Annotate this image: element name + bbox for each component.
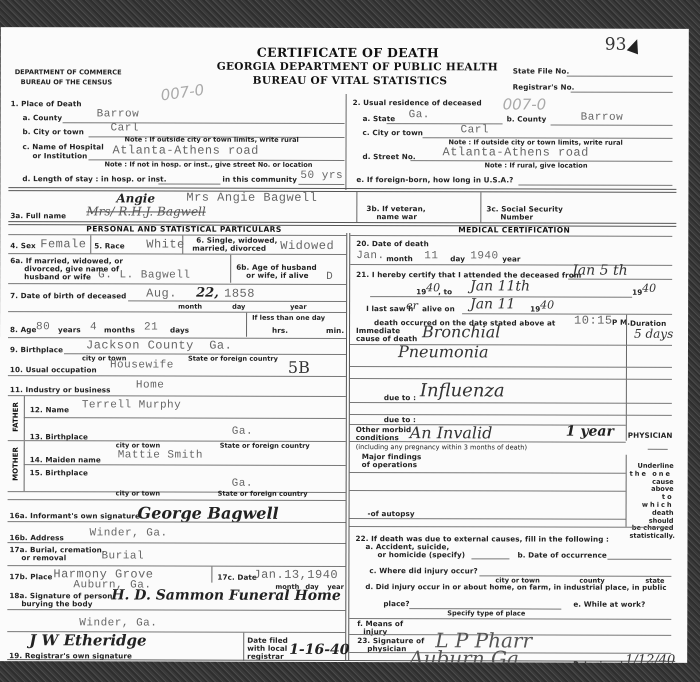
dob-month: Aug.	[146, 286, 177, 300]
physician-address-label: Address	[353, 662, 387, 663]
father-name-label: 12. Name	[30, 405, 69, 414]
cause-2: Pneumonia	[398, 342, 489, 361]
age-days: 21	[144, 321, 158, 333]
dob-year: 1858	[224, 287, 255, 301]
dod-month: Jan.	[356, 250, 384, 262]
county-label: a. County	[23, 113, 63, 122]
cause-1: Bronchial	[422, 322, 500, 341]
age-years: 80	[36, 321, 50, 333]
dod-day-caption: day	[450, 254, 465, 263]
age-months: 4	[90, 321, 97, 333]
res-state-label: a. State	[363, 114, 396, 123]
undertaker-label-2: burying the body	[21, 599, 92, 608]
age-label: 8. Age	[10, 325, 36, 334]
sex-label: 4. Sex	[10, 241, 36, 250]
dod-label: 20. Date of death	[356, 239, 429, 248]
race-label: 5. Race	[94, 241, 124, 250]
name-hand-above: Angie	[116, 191, 155, 205]
dob-year-caption: year	[290, 303, 307, 311]
dod-year: 1940	[470, 250, 498, 262]
min-label: min.	[326, 326, 344, 335]
birthplace-label: 9. Birthplace	[10, 345, 63, 354]
death-pm: P M.	[612, 318, 630, 327]
burial-value: Burial	[101, 550, 144, 562]
mother-maiden-label: 14. Maiden name	[30, 455, 101, 464]
ssn-label-2: Number	[500, 212, 533, 221]
morbid-value: An Invalid	[410, 423, 493, 442]
registrar-signature: J W Etheridge	[29, 631, 146, 649]
external-a-label-2: or homicide (specify)	[377, 550, 465, 559]
external-specify-caption: Specify type of place	[447, 609, 525, 617]
autopsy-label: -of autopsy	[368, 509, 415, 518]
operations-label-2: of operations	[362, 460, 417, 469]
res-state-value: Ga.	[409, 109, 430, 121]
undertaker-address: Winder, Ga.	[79, 617, 157, 629]
dob-day: 22,	[196, 286, 219, 301]
mother-birthplace-value: Ga.	[232, 478, 253, 490]
pregnancy-note: (including any pregnancy within 3 months…	[356, 443, 527, 451]
mother-maiden-value: Mattie Smith	[118, 449, 203, 461]
registrar-no-label: Registrar's No.	[513, 82, 575, 91]
dod-year-caption: year	[502, 254, 520, 263]
spouse-value: G. L. Bagwell	[98, 269, 190, 281]
age-days-label: days	[170, 326, 189, 335]
hrs-label: hrs.	[272, 326, 288, 335]
dept-commerce: DEPARTMENT OF COMMERCE	[15, 68, 122, 76]
age-years-label: years	[58, 325, 81, 334]
sex-value: Female	[40, 237, 86, 251]
mother-side-label: MOTHER	[12, 447, 20, 481]
marital-label-2: married, divorced	[192, 244, 266, 253]
mother-state-caption: State or foreign country	[218, 490, 308, 498]
medical-section-title: MEDICAL CERTIFICATION	[458, 225, 570, 234]
informant-address-value: Winder, Ga.	[89, 527, 167, 539]
external-c-label: c. Where did injury occur?	[369, 566, 477, 575]
place-of-death-label: 1. Place of Death	[11, 99, 82, 108]
dod-day: 11	[424, 250, 438, 262]
burial-place-label: 17b. Place	[9, 572, 52, 581]
industry-label: 11. Industry or business	[10, 385, 111, 394]
external-d-label: d. Did injury occur in or about home, on…	[365, 583, 666, 592]
attend-from: Jan 5 th	[572, 263, 627, 279]
death-time: 10:15	[574, 314, 613, 328]
undertaker-signature: H. D. Sammon Funeral Home	[111, 587, 340, 604]
attend-year1-prefix: 19	[416, 287, 426, 296]
burial-label-2: or removal	[21, 553, 66, 562]
external-b-label: b. Date of occurrence	[517, 550, 606, 559]
father-name-value: Terrell Murphy	[82, 399, 181, 411]
father-birthplace-value: Ga.	[232, 426, 253, 438]
occupation-code: 5B	[288, 358, 310, 377]
mother-city-caption: city or town	[116, 489, 160, 497]
attend-year2-prefix: 19	[632, 288, 642, 297]
occupation-value: Housewife	[110, 359, 174, 371]
name-hand-struck: Mrs/ R.H.J. Bagwell	[86, 204, 205, 218]
father-state-caption: State or foreign country	[220, 442, 310, 450]
burial-date-label: 17c. Date	[217, 573, 257, 582]
external-place-label: place?	[383, 599, 409, 608]
hospital-label-1: c. Name of Hospital	[23, 142, 104, 151]
foreign-born-label: e. If foreign-born, how long in U.S.A.?	[356, 175, 513, 184]
res-county-value: Barrow	[581, 112, 624, 124]
agency-title: GEORGIA DEPARTMENT OF PUBLIC HEALTH	[217, 61, 498, 74]
informant-address-label: 16b. Address	[9, 533, 63, 542]
bureau-title: BUREAU OF VITAL STATISTICS	[253, 75, 448, 88]
external-e-label: e. While at work?	[573, 600, 645, 609]
less-day-label: If less than one day	[252, 314, 325, 322]
last-saw-label-2: alive on	[422, 304, 455, 313]
birthplace-state-caption: State or foreign country	[188, 355, 278, 363]
name-typed: Mrs Angie Bagwell	[186, 191, 317, 205]
bureau-census: BUREAU OF THE CENSUS	[21, 78, 112, 86]
res-city-label: c. City or town	[363, 128, 424, 137]
last-saw-her: er	[406, 299, 418, 312]
last-saw-date: Jan 11	[470, 296, 515, 312]
spouse-age-value: D	[326, 271, 333, 283]
death-county-value: Barrow	[97, 108, 140, 120]
full-name-label: 3a. Full name	[10, 211, 66, 220]
filed-date: 1-16-40	[289, 642, 349, 658]
hospital-value: Atlanta-Athens road	[112, 143, 258, 157]
last-saw-year-prefix: 19	[530, 304, 540, 313]
certificate-title: CERTIFICATE OF DEATH	[257, 45, 439, 60]
city-label: b. City or town	[23, 127, 84, 136]
physician-label: PHYSICIAN	[628, 431, 673, 440]
residence-label: 2. Usual residence of deceased	[353, 98, 482, 107]
father-side-label: FATHER	[12, 402, 20, 432]
marital-value: Widowed	[280, 239, 334, 253]
veteran-label-2: name war	[376, 212, 417, 221]
res-street-label: d. Street No.	[362, 152, 415, 161]
length-of-stay-label: d. Length of stay : in hosp. or inst.	[22, 174, 166, 183]
community-value: 50 yrs	[300, 170, 343, 182]
community-label: in this community	[222, 175, 297, 184]
dob-day-caption: day	[232, 303, 245, 311]
death-city-value: Carl	[111, 122, 139, 134]
res-note-street: Note : If rural, give location	[484, 161, 587, 169]
spouse-age-label-2: or wife, if alive	[246, 271, 308, 280]
personal-section-title: PERSONAL AND STATISTICAL PARTICULARS	[86, 224, 281, 234]
attend-year2: 40	[642, 282, 656, 295]
attend-to: Jan 11th	[470, 278, 530, 294]
informant-signature: George Bagwell	[138, 503, 279, 522]
attend-to-label: , to	[438, 287, 452, 296]
mother-birthplace-label: 15. Birthplace	[30, 468, 88, 477]
state-file-label: State File No.	[513, 66, 570, 75]
father-city-caption: city or town	[116, 441, 160, 449]
duration-value: 5 days	[634, 327, 673, 341]
pencil-code-right: 007-0	[503, 95, 547, 113]
hospital-label-2: or Institution	[32, 151, 87, 160]
birthplace-value: Jackson County Ga.	[86, 338, 232, 352]
last-saw-year: 40	[540, 299, 554, 312]
res-city-value: Carl	[461, 124, 489, 136]
page-number: 93	[605, 35, 627, 55]
industry-value: Home	[136, 379, 164, 391]
spouse-label-3: husband or wife	[24, 272, 91, 281]
dob-month-caption: month	[178, 303, 202, 311]
occupation-label: 10. Usual occupation	[10, 365, 97, 374]
burial-date-value: Jan.13,1940	[253, 568, 338, 582]
informant-signature-label: 16a. Informant's own signature	[10, 511, 140, 520]
res-street-value: Atlanta-Athens road	[442, 145, 588, 159]
pencil-code-left: 007-0	[160, 81, 206, 105]
note-hospital: Note : If not in hosp. or inst., give st…	[104, 160, 312, 169]
death-certificate: 93 CERTIFICATE OF DEATH GEORGIA DEPARTME…	[0, 27, 689, 663]
underline-note: Underline the one cause above to which d…	[629, 463, 673, 541]
dod-month-caption: month	[386, 254, 413, 263]
age-months-label: months	[104, 325, 135, 334]
due-to-1: Influenza	[420, 380, 505, 401]
morbid-duration: 1 year	[566, 424, 614, 440]
due-to-label-1: due to :	[384, 393, 416, 402]
res-county-label: b. County	[507, 114, 547, 123]
dob-label: 7. Date of birth of deceased	[10, 291, 126, 300]
race-value: White	[146, 237, 185, 251]
corner-mark-icon	[627, 37, 643, 54]
attend-label: 21. I hereby certify that I attended the…	[356, 270, 581, 280]
